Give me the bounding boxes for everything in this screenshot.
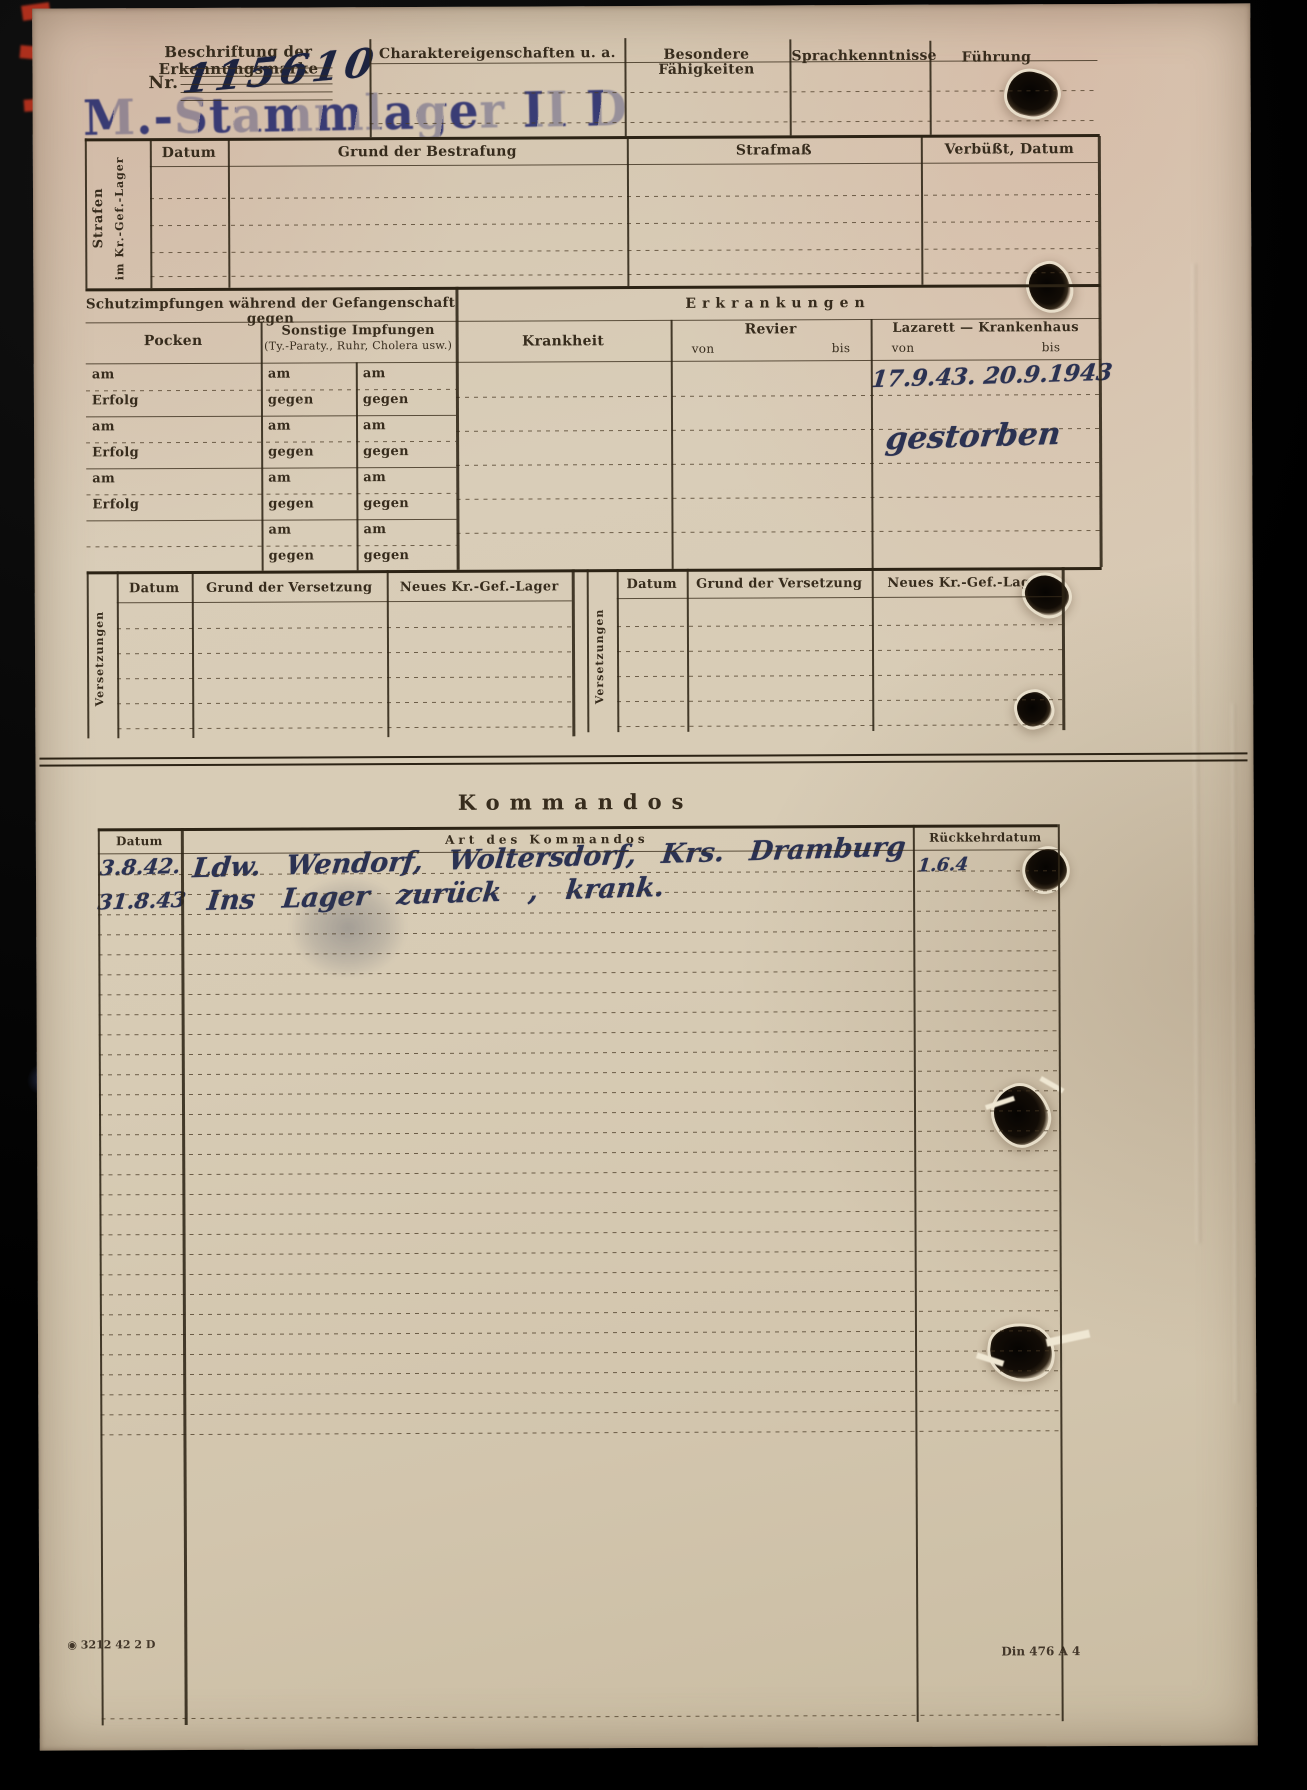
- rule-line: [150, 221, 1098, 226]
- sonstige-row-label: am: [363, 471, 386, 485]
- rule-line: [117, 701, 572, 704]
- camp-stamp: M.-Stammlager II D: [83, 87, 893, 143]
- kommandos-col-datum: Datum: [98, 835, 181, 849]
- lazarett-entry-dates: 17.9.43. 20.9.1943: [870, 359, 1114, 393]
- rule-line: [150, 140, 153, 288]
- rule-line: [86, 467, 456, 470]
- paper-hole: [1015, 690, 1054, 729]
- revier-von: von: [692, 343, 715, 356]
- strafen-col-datum: Datum: [150, 146, 228, 162]
- rule-line: [86, 441, 456, 444]
- rule-line: [617, 699, 1062, 702]
- rule-line: [356, 362, 359, 570]
- paper-crease: [1231, 703, 1239, 1403]
- rule-line: [617, 569, 620, 732]
- sonstige-header: Sonstige Impfungen: [261, 324, 456, 339]
- sonstige-row-label: am: [268, 524, 291, 538]
- rule-line: [929, 41, 932, 135]
- scanned-pow-record-card: Beschriftung der Erkennungsmarke Nr. 115…: [0, 0, 1307, 1790]
- sonstige-row-label: gegen: [364, 549, 410, 563]
- rule-line: [617, 649, 1062, 652]
- col-charaktereigenschaften: Charaktereigenschaften u. a.: [372, 46, 622, 62]
- rule-line: [86, 389, 456, 392]
- rule-line: [261, 322, 264, 571]
- rule-line: [617, 596, 1062, 599]
- form-print-code: ◉ 3212 42 2 D: [67, 1638, 155, 1651]
- versetzungen-col-lager: Neues Kr.-Gef.-Lager: [387, 580, 572, 595]
- rule-line: [456, 496, 1101, 500]
- rule-line: [87, 567, 1102, 574]
- sonstige-row-label: gegen: [363, 445, 409, 459]
- sonstige-row-label: gegen: [363, 497, 409, 511]
- versetzungen-col-grund: Grund der Versetzung: [192, 581, 387, 596]
- versetzungen-col-datum: Datum: [117, 582, 192, 597]
- rule-line: [572, 569, 575, 736]
- lazarett-bis: bis: [1042, 341, 1061, 354]
- rule-line: [913, 825, 919, 1722]
- document-page: Beschriftung der Erkennungsmarke Nr. 115…: [32, 3, 1258, 1750]
- rule-line: [117, 726, 572, 729]
- strafen-side-label-2: im Kr.-Gef.-Lager: [113, 148, 127, 288]
- din-format-code: Din 476 A 4: [1001, 1644, 1080, 1658]
- col-fuehrung: Führung: [931, 50, 1061, 66]
- strafen-col-strafmass: Strafmaß: [627, 143, 921, 160]
- erkrankungen-title: Erkrankungen: [455, 295, 1100, 313]
- rule-line: [871, 319, 874, 568]
- rule-line: [150, 272, 1098, 277]
- rule-line: [789, 39, 792, 135]
- rule-line: [617, 724, 1062, 727]
- rule-line: [921, 137, 924, 285]
- fingerprint-smudge: [288, 875, 408, 981]
- rule-line: [617, 624, 1062, 627]
- pocken-row-label: am: [92, 368, 115, 382]
- rule-line: [86, 493, 456, 496]
- kommandos-col-rueckkehr: Rückkehrdatum: [913, 831, 1058, 845]
- kommando-entry-rueckkehr: 1.6.4: [917, 854, 970, 877]
- rule-line: [40, 759, 1248, 767]
- kommandos-title: Kommandos: [296, 789, 856, 815]
- rule-line: [181, 828, 188, 1725]
- rule-line: [872, 568, 875, 731]
- sonstige-row-label: am: [268, 368, 291, 382]
- rule-line: [150, 248, 1098, 253]
- sonstige-row-label: gegen: [268, 445, 314, 459]
- camp-stamp-text: M.-Stammlager II D: [83, 87, 893, 143]
- pocken-row-label: Erfolg: [92, 394, 139, 409]
- revier-bis: bis: [832, 342, 851, 355]
- revier-header: Revier: [671, 322, 871, 338]
- versetzungen-col-datum: Datum: [617, 578, 687, 593]
- pocken-row-label: Erfolg: [92, 446, 139, 461]
- lazarett-entry-note: gestorben: [884, 416, 1063, 457]
- rule-line: [85, 284, 1100, 291]
- sonstige-row-label: gegen: [363, 393, 409, 407]
- rule-line: [456, 394, 1101, 398]
- rule-line: [228, 140, 231, 288]
- pocken-row-label: am: [92, 420, 115, 434]
- printer-mark-icon: ◉: [67, 1638, 80, 1651]
- sonstige-row-label: gegen: [268, 497, 314, 511]
- lazarett-von: von: [892, 342, 915, 355]
- rule-line: [624, 38, 627, 136]
- paper-hole: [1004, 68, 1062, 121]
- rule-line: [1098, 136, 1102, 567]
- strafen-col-verbuesst: Verbüßt, Datum: [921, 142, 1098, 158]
- sonstige-row-label: am: [363, 419, 386, 433]
- kommando-entry-datum: 3.8.42.: [98, 853, 181, 880]
- versetzungen-side-label: Versetzungen: [93, 586, 107, 731]
- strafen-side-label-1: Strafen: [91, 158, 107, 278]
- sonstige-row-label: gegen: [268, 393, 314, 407]
- pocken-row-label: Erfolg: [92, 498, 139, 513]
- rule-line: [627, 138, 630, 286]
- rule-line: [456, 462, 1101, 466]
- sonstige-row-label: gegen: [269, 549, 315, 563]
- rule-line: [456, 530, 1101, 534]
- rule-line: [150, 194, 1098, 199]
- rule-line: [117, 651, 572, 654]
- rule-line: [117, 600, 572, 603]
- strafen-col-grund: Grund der Bestrafung: [228, 144, 627, 161]
- pocken-header: Pocken: [86, 334, 261, 350]
- rule-line: [86, 519, 456, 522]
- rule-line: [687, 569, 690, 732]
- sonstige-row-label: am: [363, 367, 386, 381]
- pocken-row-label: am: [92, 472, 115, 486]
- rule-line: [117, 626, 572, 629]
- rule-line: [117, 676, 572, 679]
- paper-tear: [1046, 1330, 1091, 1347]
- rule-line: [39, 752, 1247, 760]
- lazarett-header: Lazarett — Krankenhaus: [871, 321, 1101, 336]
- rule-line: [150, 162, 1098, 168]
- rule-line: [369, 39, 372, 137]
- rule-line: [671, 320, 674, 569]
- versetzungen-side-label: Versetzungen: [593, 584, 607, 729]
- rule-line: [587, 569, 590, 732]
- rule-line: [98, 828, 104, 1725]
- sonstige-row-label: am: [268, 472, 291, 486]
- sonstige-subheader: (Ty.-Paraty., Ruhr, Cholera usw.): [261, 340, 456, 353]
- rule-line: [1058, 824, 1064, 1721]
- rule-line: [455, 287, 459, 570]
- sonstige-row-label: am: [268, 420, 291, 434]
- rule-line: [617, 674, 1062, 677]
- sonstige-row-label: am: [363, 523, 386, 537]
- versetzungen-col-grund: Grund der Versetzung: [687, 577, 872, 592]
- rule-line: [85, 138, 88, 288]
- rule-line: [87, 571, 90, 738]
- kommando-entry-datum: 31.8.43: [97, 887, 188, 915]
- rule-line: [87, 545, 457, 548]
- krankheit-header: Krankheit: [456, 334, 671, 350]
- rule-line: [86, 415, 456, 418]
